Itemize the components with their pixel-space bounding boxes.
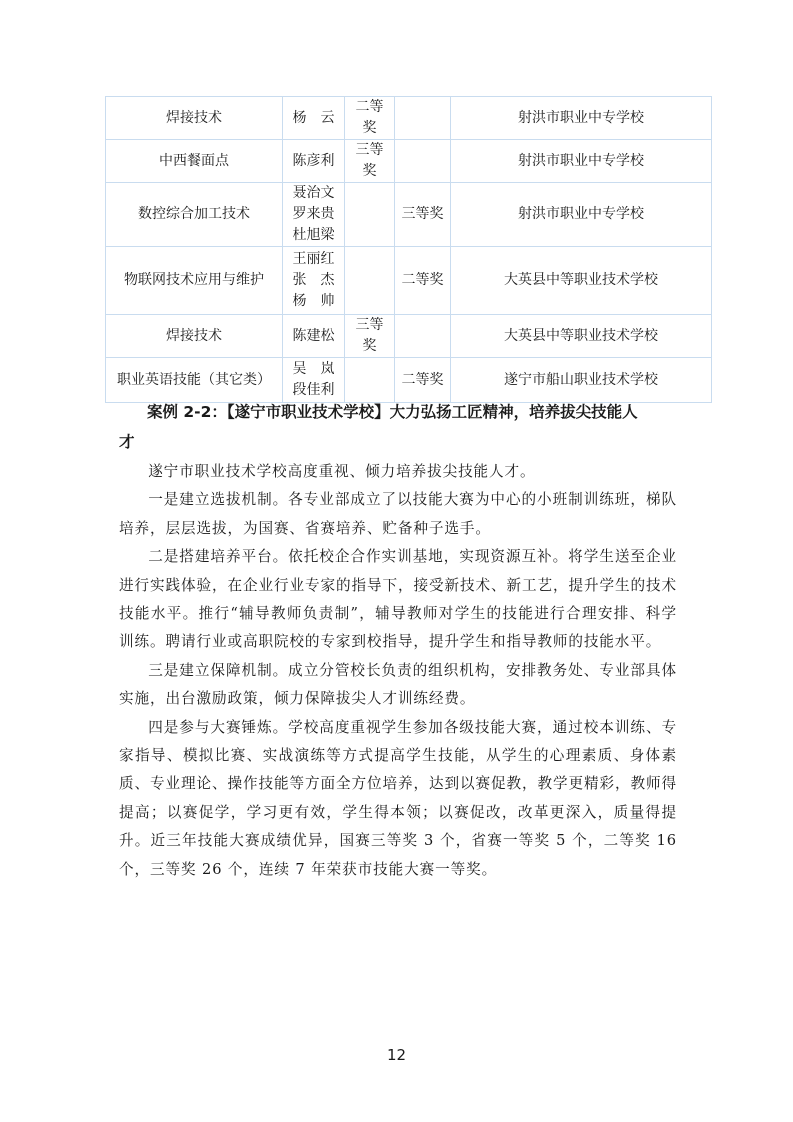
name: 罗来贵 xyxy=(287,204,340,225)
names-cell: 杨 云 xyxy=(283,97,345,140)
table-row: 中西餐面点 陈彦利 三等奖 射洪市职业中专学校 xyxy=(106,140,712,183)
team-award-cell: 三等奖 xyxy=(395,183,451,247)
case-heading: 案例 2-2：【遂宁市职业技术学校】大力弘扬工匠精神，培养拔尖技能人 才 xyxy=(119,397,679,457)
school-cell: 遂宁市船山职业技术学校 xyxy=(451,358,712,403)
individual-award-cell xyxy=(345,183,395,247)
team-award-cell xyxy=(395,315,451,358)
paragraph: 二是搭建培养平台。依托校企合作实训基地，实现资源互补。将学生送至企业进行实践体验… xyxy=(119,543,677,657)
name: 吴 岚 xyxy=(287,359,340,380)
individual-award-cell: 三等奖 xyxy=(345,315,395,358)
names-cell: 吴 岚 段佳利 xyxy=(283,358,345,403)
name: 王丽红 xyxy=(287,249,340,270)
team-award-cell: 二等奖 xyxy=(395,358,451,403)
paragraph: 一是建立选拔机制。各专业部成立了以技能大赛为中心的小班制训练班，梯队培养，层层选… xyxy=(119,486,677,543)
event-cell: 数控综合加工技术 xyxy=(106,183,283,247)
individual-award-cell xyxy=(345,358,395,403)
table-row: 数控综合加工技术 聂治文 罗来贵 杜旭梁 三等奖 射洪市职业中专学校 xyxy=(106,183,712,247)
individual-award-cell: 三等奖 xyxy=(345,140,395,183)
name: 陈建松 xyxy=(287,326,340,347)
school-cell: 射洪市职业中专学校 xyxy=(451,183,712,247)
case-body: 遂宁市职业技术学校高度重视、倾力培养拔尖技能人才。 一是建立选拔机制。各专业部成… xyxy=(119,458,677,884)
paragraph: 四是参与大赛锤炼。学校高度重视学生参加各级技能大赛，通过校本训练、专家指导、模拟… xyxy=(119,714,677,884)
school-cell: 大英县中等职业技术学校 xyxy=(451,315,712,358)
table-row: 焊接技术 杨 云 二等奖 射洪市职业中专学校 xyxy=(106,97,712,140)
awards-table: 焊接技术 杨 云 二等奖 射洪市职业中专学校 中西餐面点 陈彦利 三等奖 射洪市… xyxy=(105,96,712,403)
case-heading-line2: 才 xyxy=(119,427,679,457)
name: 杨 帅 xyxy=(287,291,340,312)
names-cell: 陈建松 xyxy=(283,315,345,358)
table-row: 物联网技术应用与维护 王丽红 张 杰 杨 帅 二等奖 大英县中等职业技术学校 xyxy=(106,247,712,315)
event-cell: 中西餐面点 xyxy=(106,140,283,183)
page-number: 12 xyxy=(0,1046,793,1064)
individual-award-cell: 二等奖 xyxy=(345,97,395,140)
name: 张 杰 xyxy=(287,270,340,291)
school-cell: 射洪市职业中专学校 xyxy=(451,97,712,140)
paragraph: 遂宁市职业技术学校高度重视、倾力培养拔尖技能人才。 xyxy=(119,458,677,486)
table-row: 焊接技术 陈建松 三等奖 大英县中等职业技术学校 xyxy=(106,315,712,358)
names-cell: 王丽红 张 杰 杨 帅 xyxy=(283,247,345,315)
event-cell: 职业英语技能（其它类） xyxy=(106,358,283,403)
name: 陈彦利 xyxy=(287,151,340,172)
name: 聂治文 xyxy=(287,183,340,204)
name: 杨 云 xyxy=(287,108,340,129)
table-row: 职业英语技能（其它类） 吴 岚 段佳利 二等奖 遂宁市船山职业技术学校 xyxy=(106,358,712,403)
case-heading-line1: 案例 2-2：【遂宁市职业技术学校】大力弘扬工匠精神，培养拔尖技能人 xyxy=(119,397,679,427)
paragraph: 三是建立保障机制。成立分管校长负责的组织机构，安排教务处、专业部具体实施，出台激… xyxy=(119,657,677,714)
names-cell: 聂治文 罗来贵 杜旭梁 xyxy=(283,183,345,247)
event-cell: 焊接技术 xyxy=(106,97,283,140)
event-cell: 物联网技术应用与维护 xyxy=(106,247,283,315)
team-award-cell: 二等奖 xyxy=(395,247,451,315)
team-award-cell xyxy=(395,140,451,183)
school-cell: 大英县中等职业技术学校 xyxy=(451,247,712,315)
school-cell: 射洪市职业中专学校 xyxy=(451,140,712,183)
name: 杜旭梁 xyxy=(287,225,340,246)
individual-award-cell xyxy=(345,247,395,315)
names-cell: 陈彦利 xyxy=(283,140,345,183)
team-award-cell xyxy=(395,97,451,140)
event-cell: 焊接技术 xyxy=(106,315,283,358)
